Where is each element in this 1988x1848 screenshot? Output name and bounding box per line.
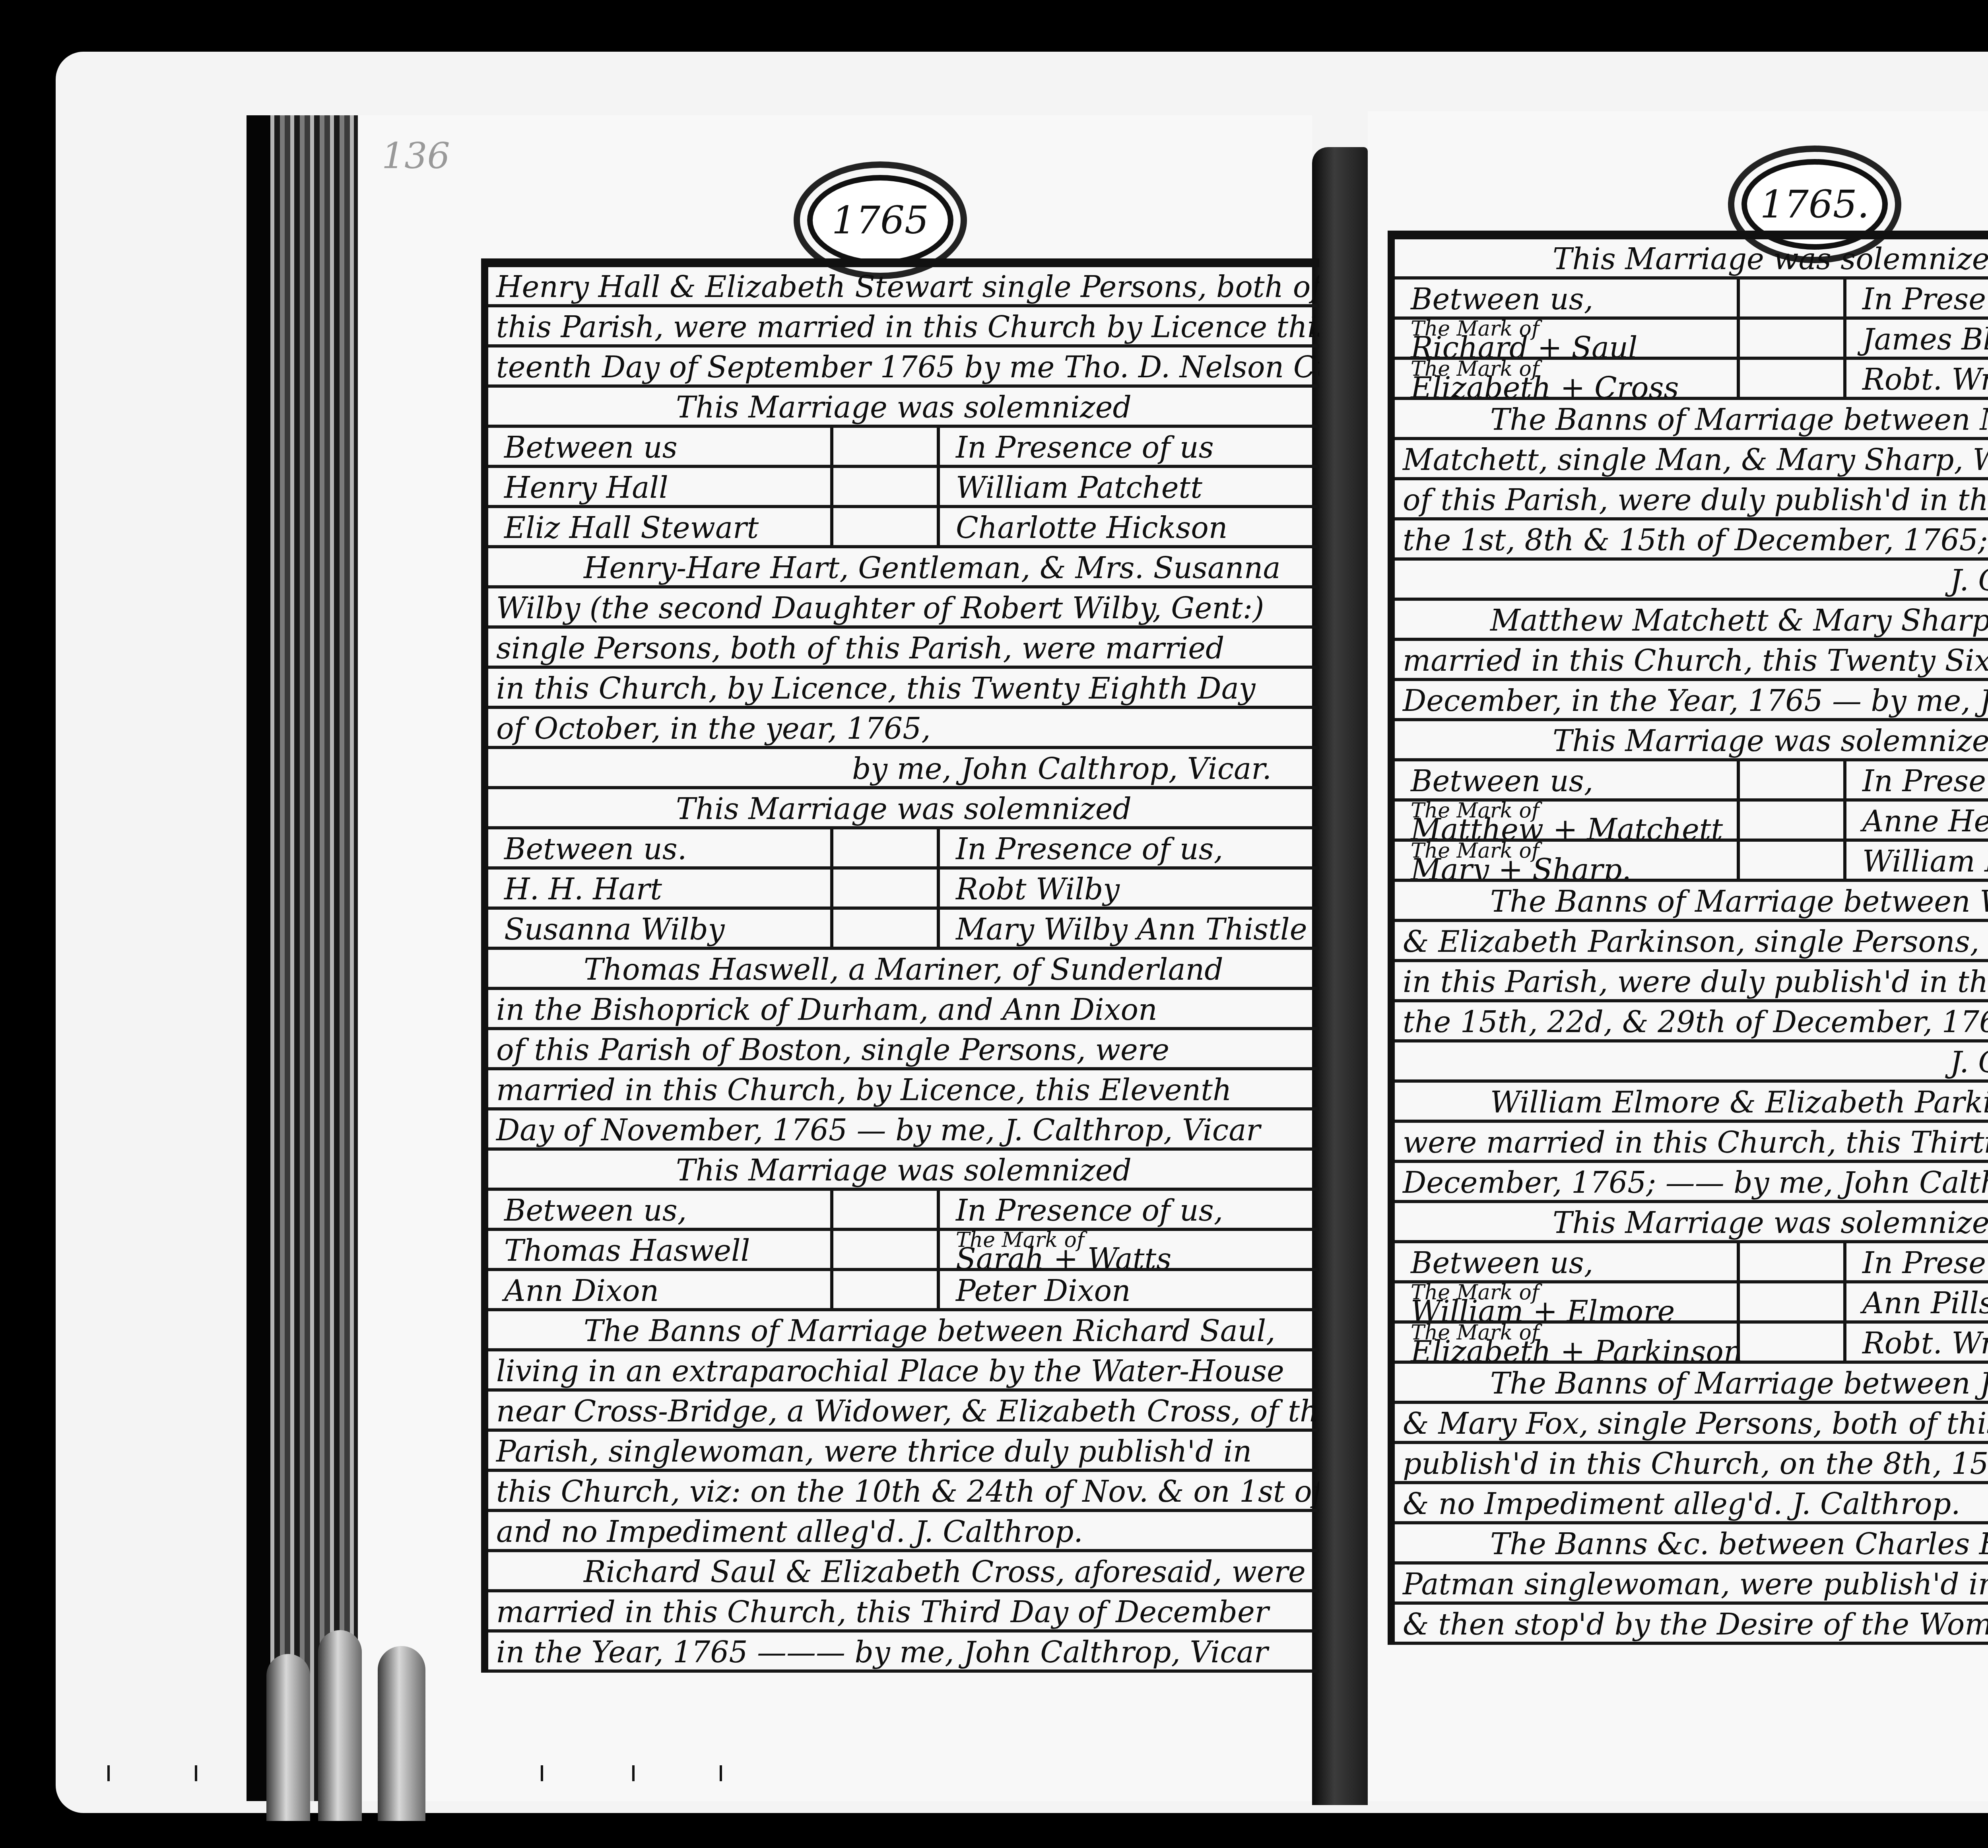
witness-name: In Presence of us [956, 431, 1214, 465]
brace-column [830, 468, 940, 505]
party-name: Henry Hall [504, 471, 668, 505]
party-signature: Between us, [1403, 1243, 1737, 1280]
witness-name: Sarah + Watts [956, 1249, 1319, 1269]
register-line: of this Parish of Boston, single Persons… [488, 1030, 1319, 1070]
brace-column [830, 1191, 940, 1228]
page-number-left: 136 [382, 135, 450, 177]
register-line: Matchett, single Man, & Mary Sharp, Wido… [1395, 440, 1988, 480]
register-line: William Elmore & Elizabeth Parkinson, af… [1395, 1083, 1988, 1123]
party-name: Between us [504, 431, 678, 465]
register-line: and no Impediment alleg'd. J. Calthrop. [488, 1512, 1319, 1552]
party-signature: Between us, [1403, 280, 1737, 316]
register-line: living in an extraparochial Place by the… [488, 1351, 1319, 1392]
left-page-register-entries: Henry Hall & Elizabeth Stewart single Pe… [481, 258, 1319, 1673]
register-line: & Elizabeth Parkinson, single Persons, b… [1395, 922, 1988, 962]
witness-signature: In Presence of us, [1846, 1243, 1988, 1280]
witness-signature: Peter Dixon [940, 1271, 1319, 1308]
brace-column [830, 829, 940, 866]
party-name: H. H. Hart [504, 872, 662, 907]
register-line: the 15th, 22d, & 29th of December, 1765 … [1395, 1002, 1988, 1042]
party-name: Thomas Haswell [504, 1234, 750, 1268]
year-cartouche-right-text: 1765. [1760, 182, 1870, 227]
register-line: The Banns of Marriage between Richard Sa… [488, 1311, 1319, 1351]
witness-signature: In Presence of us, [940, 829, 1319, 866]
register-line: by me, John Calthrop, Vicar. [488, 749, 1319, 789]
brace-column [1737, 761, 1846, 798]
signature-row: Ann DixonPeter Dixon [488, 1271, 1319, 1311]
brace-column [1737, 1243, 1846, 1280]
register-line: single Persons, both of this Parish, wer… [488, 629, 1319, 669]
signature-row: Henry HallWilliam Patchett [488, 468, 1319, 508]
witness-signature: William Hewis [1846, 842, 1988, 879]
brace-column [830, 1231, 940, 1268]
solemnized-heading: This Marriage was solemnized [1395, 239, 1988, 280]
solemnized-heading: This Marriage was solemnized [488, 789, 1319, 829]
register-line: Wilby (the second Daughter of Robert Wil… [488, 588, 1319, 629]
witness-name: In Presence of us, [1862, 1246, 1988, 1280]
signature-row: Between us,In Presence of us, [1395, 1243, 1988, 1283]
register-line: The Banns of Marriage between Matthew [1395, 400, 1988, 440]
register-line: J. Calthrop. [1395, 561, 1988, 601]
register-line: Richard Saul & Elizabeth Cross, aforesai… [488, 1552, 1319, 1592]
witness-signature: Robt. Wright [1846, 1324, 1988, 1361]
register-line: in this Church, by Licence, this Twenty … [488, 669, 1319, 709]
register-line: & then stop'd by the Desire of the Woman… [1395, 1605, 1988, 1645]
party-signature: Ann Dixon [496, 1271, 830, 1308]
witness-signature: Charlotte Hickson [940, 508, 1319, 545]
party-signature: Between us, [1403, 761, 1737, 798]
witness-signature: Robt Wilby [940, 870, 1319, 907]
right-page-register-entries: This Marriage was solemnizedBetween us,I… [1388, 231, 1988, 1645]
register-line: in the Year, 1765 ——— by me, John Calthr… [488, 1633, 1319, 1673]
register-line: Henry-Hare Hart, Gentleman, & Mrs. Susan… [488, 548, 1319, 588]
party-name: Ann Dixon [504, 1274, 659, 1308]
brace-column [830, 1271, 940, 1308]
brace-column [830, 428, 940, 465]
party-signature: The Mark ofMatthew + Matchett [1403, 802, 1737, 839]
witness-name: In Presence of us, [956, 1194, 1223, 1228]
party-name: Eliz Hall Stewart [504, 511, 759, 545]
party-signature: Between us. [496, 829, 830, 866]
register-line: married in this Church, this Third Day o… [488, 1592, 1319, 1633]
brace-column [1737, 1324, 1846, 1361]
party-name: Matthew + Matchett [1411, 820, 1737, 840]
signature-row: H. H. HartRobt Wilby [488, 870, 1319, 910]
witness-signature: The Mark ofSarah + Watts [940, 1231, 1319, 1268]
register-line: & Mary Fox, single Persons, both of this… [1395, 1404, 1988, 1444]
signature-row: The Mark ofElizabeth + ParkinsonRobt. Wr… [1395, 1324, 1988, 1364]
register-line: Day of November, 1765 — by me, J. Calthr… [488, 1110, 1319, 1151]
witness-name: Robt Wilby [956, 872, 1120, 907]
witness-signature: In Presence of us, [1846, 280, 1988, 316]
register-line: J. Calthrop. [1395, 1042, 1988, 1083]
witness-name: Anne Hewis [1862, 804, 1988, 839]
ruler-tick [632, 1765, 635, 1781]
party-name: Between us, [1411, 764, 1593, 798]
solemnized-heading: This Marriage was solemnized [1395, 721, 1988, 761]
solemnized-heading: This Marriage was solemnized [1395, 1203, 1988, 1243]
register-line: near Cross-Bridge, a Widower, & Elizabet… [488, 1392, 1319, 1432]
solemnized-heading: This Marriage was solemnized [488, 1151, 1319, 1191]
witness-name: Charlotte Hickson [956, 511, 1227, 545]
register-line: The Banns &c. between Charles Bentley, W… [1395, 1524, 1988, 1565]
party-name: Elizabeth + Parkinson [1411, 1342, 1737, 1362]
party-name: Between us, [1411, 282, 1593, 316]
signature-row: Between us,In Presence of us, [488, 1191, 1319, 1231]
witness-signature: Robt. Wright [1846, 360, 1988, 397]
year-cartouche-left-text: 1765 [832, 198, 929, 243]
witness-signature: William Patchett [940, 468, 1319, 505]
register-line: the 1st, 8th & 15th of December, 1765; &… [1395, 520, 1988, 561]
party-signature: The Mark ofElizabeth + Parkinson [1403, 1324, 1737, 1361]
book-spine-gutter [1312, 147, 1368, 1805]
register-line: in this Parish, were duly publish'd in t… [1395, 962, 1988, 1002]
signature-row: Between us.In Presence of us, [488, 829, 1319, 870]
witness-signature: In Presence of us, [940, 1191, 1319, 1228]
register-line: & no Impediment alleg'd. J. Calthrop. [1395, 1484, 1988, 1524]
witness-name: In Presence of us, [1862, 764, 1988, 798]
witness-signature: Anne Hewis [1846, 802, 1988, 839]
finger-icon [378, 1646, 425, 1821]
party-signature: Eliz Hall Stewart [496, 508, 830, 545]
witness-name: Ann Pills [1862, 1286, 1988, 1320]
register-line: in the Bishoprick of Durham, and Ann Dix… [488, 990, 1319, 1030]
signature-row: Between us,In Presence of us, [1395, 761, 1988, 802]
register-line: The Banns of Marriage between John Rylat… [1395, 1364, 1988, 1404]
party-signature: Henry Hall [496, 468, 830, 505]
party-signature: The Mark ofWilliam + Elmore [1403, 1283, 1737, 1320]
register-line: this Parish, were married in this Church… [488, 307, 1319, 347]
ruler-tick [195, 1765, 197, 1781]
year-cartouche-left: 1765 [807, 175, 953, 266]
witness-name: In Presence of us, [1862, 282, 1988, 316]
signature-row: The Mark ofRichard + SaulJames Blackburn [1395, 320, 1988, 360]
register-line: The Banns of Marriage between William El… [1395, 882, 1988, 922]
solemnized-heading: This Marriage was solemnized [488, 388, 1319, 428]
ruler-tick [720, 1765, 722, 1781]
witness-name: Peter Dixon [956, 1274, 1131, 1308]
witness-name: Robt. Wright [1862, 363, 1988, 397]
register-line: Patman singlewoman, were publish'd in th… [1395, 1565, 1988, 1605]
witness-name: Mary Wilby Ann Thistle [956, 912, 1307, 947]
witness-name: In Presence of us, [956, 832, 1223, 866]
party-signature: The Mark ofElizabeth + Cross [1403, 360, 1737, 397]
register-line: Matthew Matchett & Mary Sharp, aforesaid… [1395, 601, 1988, 641]
party-name: Mary + Sharp. [1411, 860, 1737, 880]
witness-name: William Hewis [1862, 844, 1988, 879]
brace-column [1737, 842, 1846, 879]
register-line: teenth Day of September 1765 by me Tho. … [488, 347, 1319, 388]
witness-signature: In Presence of us [940, 428, 1319, 465]
party-signature: The Mark ofRichard + Saul [1403, 320, 1737, 357]
party-signature: The Mark ofMary + Sharp. [1403, 842, 1737, 879]
register-line: married in this Church, this Twenty Sixt… [1395, 641, 1988, 681]
party-signature: H. H. Hart [496, 870, 830, 907]
scale-ruler [64, 1765, 1988, 1781]
brace-column [1737, 360, 1846, 397]
signature-row: The Mark ofElizabeth + CrossRobt. Wright [1395, 360, 1988, 400]
brace-column [1737, 320, 1846, 357]
brace-column [1737, 1283, 1846, 1320]
witness-signature: Mary Wilby Ann Thistle [940, 910, 1319, 947]
party-signature: Between us, [496, 1191, 830, 1228]
witness-name: Robt. Wright [1862, 1326, 1988, 1361]
party-signature: Between us [496, 428, 830, 465]
register-line: were married in this Church, this Thirti… [1395, 1123, 1988, 1163]
brace-column [1737, 802, 1846, 839]
signature-row: Eliz Hall StewartCharlotte Hickson [488, 508, 1319, 548]
brace-column [1737, 280, 1846, 316]
finger-icon [266, 1654, 310, 1821]
signature-row: Susanna WilbyMary Wilby Ann Thistle [488, 910, 1319, 950]
register-line: December, 1765; —— by me, John Calthrop,… [1395, 1163, 1988, 1203]
finger-icon [318, 1630, 362, 1821]
brace-column [830, 910, 940, 947]
brace-column [830, 870, 940, 907]
register-line: of this Parish, were duly publish'd in t… [1395, 480, 1988, 520]
party-signature: Susanna Wilby [496, 910, 830, 947]
witness-signature: James Blackburn [1846, 320, 1988, 357]
party-name: Elizabeth + Cross [1411, 378, 1737, 398]
register-line: December, in the Year, 1765 — by me, Joh… [1395, 681, 1988, 721]
signature-row: Between us,In Presence of us, [1395, 280, 1988, 320]
party-name: Susanna Wilby [504, 912, 725, 947]
party-name: William + Elmore [1411, 1302, 1737, 1322]
witness-signature: Ann Pills [1846, 1283, 1988, 1320]
register-line: of October, in the year, 1765, [488, 709, 1319, 749]
register-line: publish'd in this Church, on the 8th, 15… [1395, 1444, 1988, 1484]
signature-row: The Mark ofWilliam + ElmoreAnn Pills [1395, 1283, 1988, 1324]
party-name: Between us, [504, 1194, 687, 1228]
witness-signature: In Presence of us, [1846, 761, 1988, 798]
brace-column [830, 508, 940, 545]
party-name: Between us. [504, 832, 687, 866]
register-line: this Church, viz: on the 10th & 24th of … [488, 1472, 1319, 1512]
ruler-tick [107, 1765, 110, 1781]
signature-row: Thomas HaswellThe Mark ofSarah + Watts [488, 1231, 1319, 1271]
ruler-tick [541, 1765, 543, 1781]
signature-row: Between usIn Presence of us [488, 428, 1319, 468]
party-name: Richard + Saul [1411, 338, 1737, 358]
register-line: Parish, singlewoman, were thrice duly pu… [488, 1432, 1319, 1472]
signature-row: The Mark ofMatthew + MatchettAnne Hewis [1395, 802, 1988, 842]
party-signature: Thomas Haswell [496, 1231, 830, 1268]
signature-row: The Mark ofMary + Sharp.William Hewis [1395, 842, 1988, 882]
party-name: Between us, [1411, 1246, 1593, 1280]
register-line: Thomas Haswell, a Mariner, of Sunderland [488, 950, 1319, 990]
witness-name: James Blackburn [1862, 322, 1988, 357]
register-line: Henry Hall & Elizabeth Stewart single Pe… [488, 267, 1319, 307]
witness-name: William Patchett [956, 471, 1202, 505]
hand-holding-page [258, 1598, 445, 1821]
register-line: married in this Church, by Licence, this… [488, 1070, 1319, 1110]
left-page-fore-edge [254, 115, 362, 1801]
